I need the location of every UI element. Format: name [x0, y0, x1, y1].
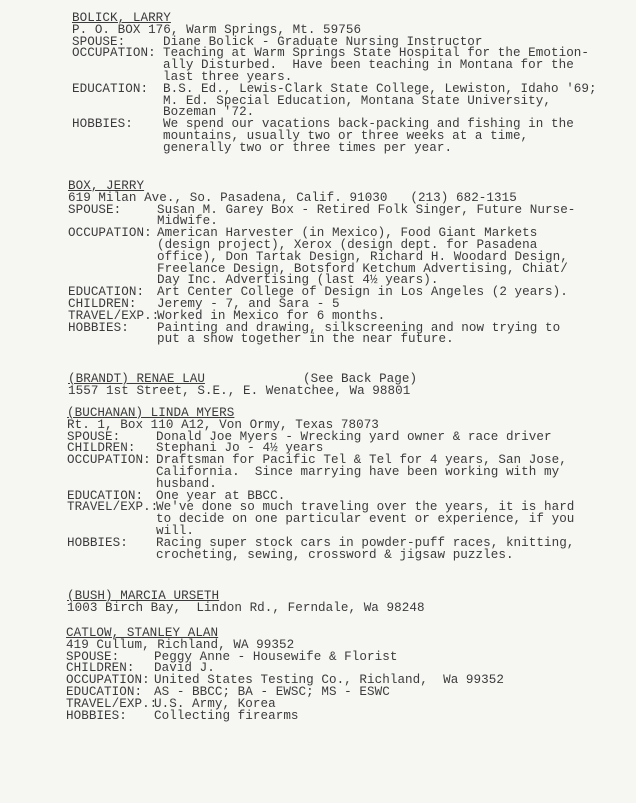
field-value: crocheting, sewing, crossword & jigsaw p…: [156, 549, 514, 561]
field-value: put a show together in the near future.: [157, 333, 454, 345]
entry-address: Rt. 1, Box 110 A12, Von Ormy, Texas 7807…: [67, 419, 379, 431]
field-label: EDUCATION:: [72, 83, 148, 95]
field-value: to decide on one particular event or exp…: [156, 513, 574, 525]
document-page: BOLICK, LARRYP. O. BOX 176, Warm Springs…: [0, 0, 636, 803]
entry-address: P. O. BOX 176, Warm Springs, Mt. 59756: [72, 24, 361, 36]
field-label: HOBBIES:: [72, 118, 133, 130]
field-value: generally two or three times per year.: [163, 142, 452, 154]
entry-address: 1557 1st Street, S.E., E. Wenatchee, Wa …: [68, 385, 410, 397]
field-label: OCCUPATION:: [68, 227, 152, 239]
field-label: OCCUPATION:: [72, 47, 156, 59]
field-label: OCCUPATION:: [67, 454, 151, 466]
field-value: husband.: [156, 478, 217, 490]
field-value: office), Don Tartak Design, Richard H. W…: [157, 251, 568, 263]
field-value: U.S. Army, Korea: [154, 698, 276, 710]
field-value: B.S. Ed., Lewis-Clark State College, Lew…: [163, 83, 597, 95]
entry-address: 419 Cullum, Richland, WA 99352: [66, 639, 294, 651]
field-label: HOBBIES:: [67, 537, 128, 549]
field-label: HOBBIES:: [66, 710, 127, 722]
field-value: Susan M. Garey Box - Retired Folk Singer…: [157, 204, 575, 216]
field-label: TRAVEL/EXP.:: [67, 501, 158, 513]
field-label: TRAVEL/EXP.:: [66, 698, 157, 710]
entry-address: 1003 Birch Bay, Lindon Rd., Ferndale, Wa…: [67, 602, 425, 614]
field-value: Collecting firearms: [154, 710, 299, 722]
field-label: TRAVEL/EXP.:: [68, 310, 159, 322]
field-label: SPOUSE:: [68, 204, 121, 216]
entry-address: 619 Milan Ave., So. Pasadena, Calif. 910…: [68, 192, 517, 204]
field-value: Racing super stock cars in powder-puff r…: [156, 537, 574, 549]
field-label: HOBBIES:: [68, 322, 129, 334]
field-value: Worked in Mexico for 6 months.: [157, 310, 385, 322]
